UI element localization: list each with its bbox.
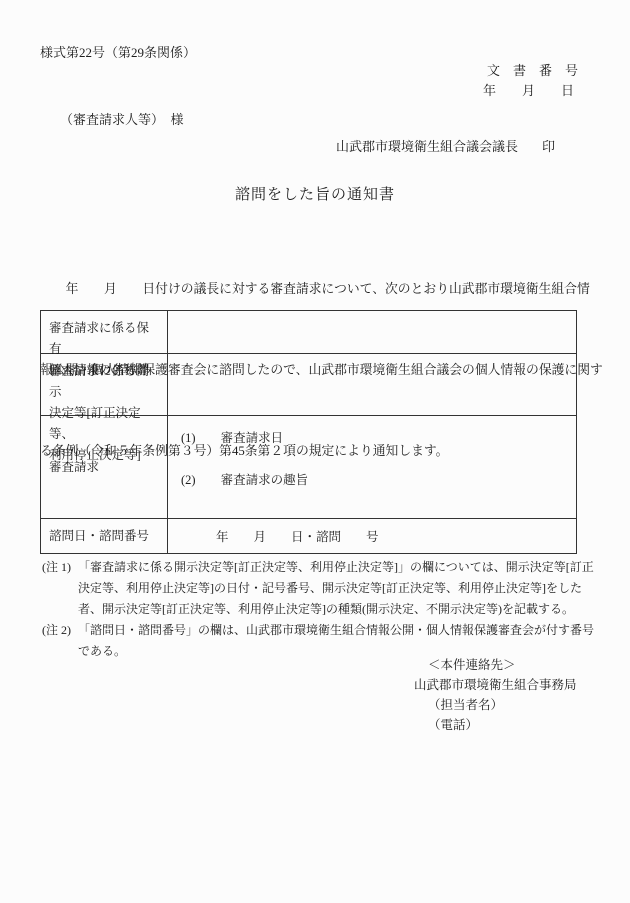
- row-label-disclosure-decision: 審査請求に係る開示 決定等[訂正決定等、 利用停止決定等]: [41, 354, 168, 415]
- row-label-referral-date-number: 諮問日・諮問番号: [41, 519, 168, 553]
- seal-mark: 印: [542, 136, 555, 155]
- footnote-2-label: (注 2): [42, 620, 78, 662]
- footnote-1: (注 1) 「審査請求に係る開示決定等[訂正決定等、利用停止決定等]」の欄につい…: [42, 557, 594, 620]
- footnote-1-label: (注 1): [42, 557, 78, 620]
- addressee-line: （審査請求人等） 様: [60, 109, 184, 128]
- document-date-line: 年 月 日: [483, 80, 574, 99]
- table-row: 諮問日・諮問番号 年 月 日・諮問 号: [41, 519, 576, 553]
- review-request-item-date: (1) 審査請求日: [181, 428, 283, 446]
- contact-phone: （電話）: [414, 715, 577, 735]
- row-value-disclosure-decision: [168, 354, 576, 415]
- contact-heading: ＜本件連絡先＞: [414, 655, 577, 675]
- row-label-held-personal-info: 審査請求に係る保有 個人情報の名称等: [41, 311, 168, 353]
- form-number: 様式第22号（第29条関係）: [40, 42, 196, 61]
- row-value-held-personal-info: [168, 311, 576, 353]
- row-value-referral-date-number: 年 月 日・諮問 号: [168, 519, 576, 553]
- document-title: 諮問をした旨の通知書: [0, 183, 630, 204]
- row-label-review-request: 審査請求: [41, 416, 168, 518]
- document-page: 様式第22号（第29条関係） 文 書 番 号 年 月 日 （審査請求人等） 様 …: [0, 0, 630, 903]
- footnotes: (注 1) 「審査請求に係る開示決定等[訂正決定等、利用停止決定等]」の欄につい…: [42, 557, 594, 662]
- notice-table: 審査請求に係る保有 個人情報の名称等 審査請求に係る開示 決定等[訂正決定等、 …: [40, 310, 577, 554]
- contact-person: （担当者名）: [414, 695, 577, 715]
- contact-org: 山武郡市環境衛生組合事務局: [414, 675, 577, 695]
- table-row: 審査請求に係る保有 個人情報の名称等: [41, 311, 576, 354]
- body-line: 年 月 日付けの議長に対する審査請求について、次のとおり山武郡市環境衛生組合情: [40, 276, 603, 303]
- table-row: 審査請求 (1) 審査請求日 (2) 審査請求の趣旨: [41, 416, 576, 519]
- document-number-line: 文 書 番 号: [487, 60, 578, 79]
- row-value-review-request: (1) 審査請求日 (2) 審査請求の趣旨: [168, 416, 576, 518]
- review-request-item-purport: (2) 審査請求の趣旨: [181, 470, 308, 488]
- sender-line: 山武郡市環境衛生組合議会議長: [336, 136, 518, 155]
- table-row: 審査請求に係る開示 決定等[訂正決定等、 利用停止決定等]: [41, 354, 576, 416]
- contact-block: ＜本件連絡先＞ 山武郡市環境衛生組合事務局 （担当者名） （電話）: [414, 655, 577, 735]
- footnote-1-text: 「審査請求に係る開示決定等[訂正決定等、利用停止決定等]」の欄については、開示決…: [78, 557, 594, 620]
